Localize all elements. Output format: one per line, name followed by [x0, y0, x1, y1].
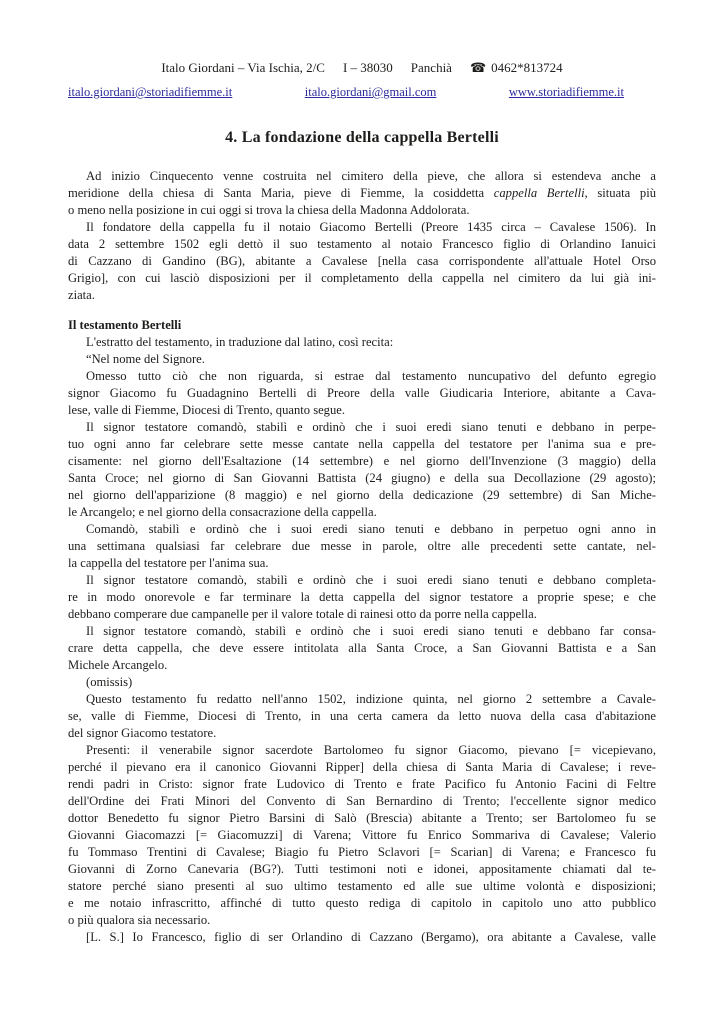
text-line: cisamente: nel giorno dell'Esaltazione (… [68, 453, 656, 470]
text-line: Il fondatore della cappella fu il notaio… [68, 219, 656, 236]
text-line: Omesso tutto ciò che non riguarda, si es… [68, 368, 656, 385]
text-line: una settimana qualsiasi far celebrare du… [68, 538, 656, 555]
italic-text: cappella Bertelli [494, 186, 585, 200]
paragraph: [L. S.] Io Francesco, figlio di ser Orla… [68, 929, 656, 946]
contact-phone-wrap: ☎ 0462*813724 [470, 60, 563, 76]
text-line: L'estratto del testamento, in traduzione… [68, 334, 656, 351]
text-line: dell'Ordine dei Frati Minori del Convent… [68, 793, 656, 810]
website-link[interactable]: www.storiadifiemme.it [509, 85, 624, 100]
text-line: o più qualora sia necessario. [68, 912, 656, 929]
paragraph: Il signor testatore comandò, stabilì e o… [68, 572, 656, 623]
text-line: Il signor testatore comandò, stabilì e o… [68, 623, 656, 640]
paragraph: Comandò, stabilì e ordinò che i suoi ere… [68, 521, 656, 572]
text-line: Il signor testatore comandò, stabilì e o… [68, 572, 656, 589]
text-line: lese, valle di Fiemme, Diocesi di Trento… [68, 402, 656, 419]
text-line: Grigio], con cui lasciò disposizioni per… [68, 270, 656, 287]
paragraph: “Nel nome del Signore. [68, 351, 656, 368]
text-line: re in modo onorevole e far terminare la … [68, 589, 656, 606]
text-line: di Cazzano di Gandino (BG), abitante a C… [68, 253, 656, 270]
text-line: meridione della chiesa di Santa Maria, p… [68, 185, 656, 202]
phone-icon: ☎ [470, 60, 486, 76]
text-line: Il testamento Bertelli [68, 317, 656, 334]
page-title: 4. La fondazione della cappella Bertelli [68, 129, 656, 147]
text-line: Il signor testatore comandò, stabilì e o… [68, 419, 656, 436]
paragraph: L'estratto del testamento, in traduzione… [68, 334, 656, 351]
text-line: fu Tommaso Trentini di Cavalese; Biagio … [68, 844, 656, 861]
text-line: Ad inizio Cinquecento venne costruita ne… [68, 168, 656, 185]
text-line: crare detta cappella, che deve essere in… [68, 640, 656, 657]
paragraph: Il fondatore della cappella fu il notaio… [68, 219, 656, 304]
text-line: ziata. [68, 287, 656, 304]
section-heading: Il testamento Bertelli [68, 317, 656, 334]
text-line: debbano comperare due campanelle per il … [68, 606, 656, 623]
text-line: nel giorno dell'apparizione (8 maggio) e… [68, 487, 656, 504]
email-link-gmail[interactable]: italo.giordani@gmail.com [305, 85, 437, 100]
paragraph: Il signor testatore comandò, stabilì e o… [68, 623, 656, 674]
contact-city: Panchià [411, 60, 452, 76]
paragraph: (omissis) [68, 674, 656, 691]
text-line: Questo testamento fu redatto nell'anno 1… [68, 691, 656, 708]
text-line: le Arcangelo; e nel giorno della consacr… [68, 504, 656, 521]
paragraph: Il signor testatore comandò, stabilì e o… [68, 419, 656, 521]
paragraph: Questo testamento fu redatto nell'anno 1… [68, 691, 656, 742]
text-line: statore perché siano presenti al suo ult… [68, 878, 656, 895]
text-line: [L. S.] Io Francesco, figlio di ser Orla… [68, 929, 656, 946]
contact-country-postal: I – 38030 [343, 60, 393, 76]
text-line: la cappella del testatore per l'anima su… [68, 555, 656, 572]
document-page: Italo Giordani – Via Ischia, 2/C I – 380… [0, 0, 724, 946]
paragraph: Ad inizio Cinquecento venne costruita ne… [68, 168, 656, 219]
text-line: Santa Croce; nel giorno di San Giovanni … [68, 470, 656, 487]
text-line: Presenti: il venerabile signor sacerdote… [68, 742, 656, 759]
text-line: “Nel nome del Signore. [68, 351, 656, 368]
text-line: se, valle di Fiemme, Diocesi di Trento, … [68, 708, 656, 725]
text-line: perché il pievano era il canonico Giovan… [68, 759, 656, 776]
header-links-row: italo.giordani@storiadifiemme.it italo.g… [68, 85, 656, 100]
text-segment: , situata più [585, 186, 656, 200]
text-line: o meno nella posizione in cui oggi si tr… [68, 202, 656, 219]
header-contact-line: Italo Giordani – Via Ischia, 2/C I – 380… [68, 60, 656, 76]
text-line: Michele Arcangelo. [68, 657, 656, 674]
text-line: dottor Benedetto fu signor Pietro Barsin… [68, 810, 656, 827]
email-link-storiadifiemme[interactable]: italo.giordani@storiadifiemme.it [68, 85, 232, 100]
text-line: tuo ogni anno far celebrare sette messe … [68, 436, 656, 453]
paragraph: Omesso tutto ciò che non riguarda, si es… [68, 368, 656, 419]
text-line: del signor Giacomo testatore. [68, 725, 656, 742]
contact-name-address: Italo Giordani – Via Ischia, 2/C [161, 60, 325, 76]
text-line: Giovanni Giacomazzi [= Giacomuzzi] di Va… [68, 827, 656, 844]
text-line: Giovanni di Zorno Canevaria (BG?). Tutti… [68, 861, 656, 878]
text-line: data 2 settembre 1502 egli dettò il suo … [68, 236, 656, 253]
contact-phone-number: 0462*813724 [491, 60, 563, 76]
text-line: e me notaio infrascritto, affinché di tu… [68, 895, 656, 912]
paragraph: Presenti: il venerabile signor sacerdote… [68, 742, 656, 929]
text-line: (omissis) [68, 674, 656, 691]
text-line: Comandò, stabilì e ordinò che i suoi ere… [68, 521, 656, 538]
text-line: rendi padri in Cristo: signor frate Ludo… [68, 776, 656, 793]
text-line: signor Giacomo fu Guadagnino Bertelli di… [68, 385, 656, 402]
document-body: Ad inizio Cinquecento venne costruita ne… [68, 168, 656, 946]
